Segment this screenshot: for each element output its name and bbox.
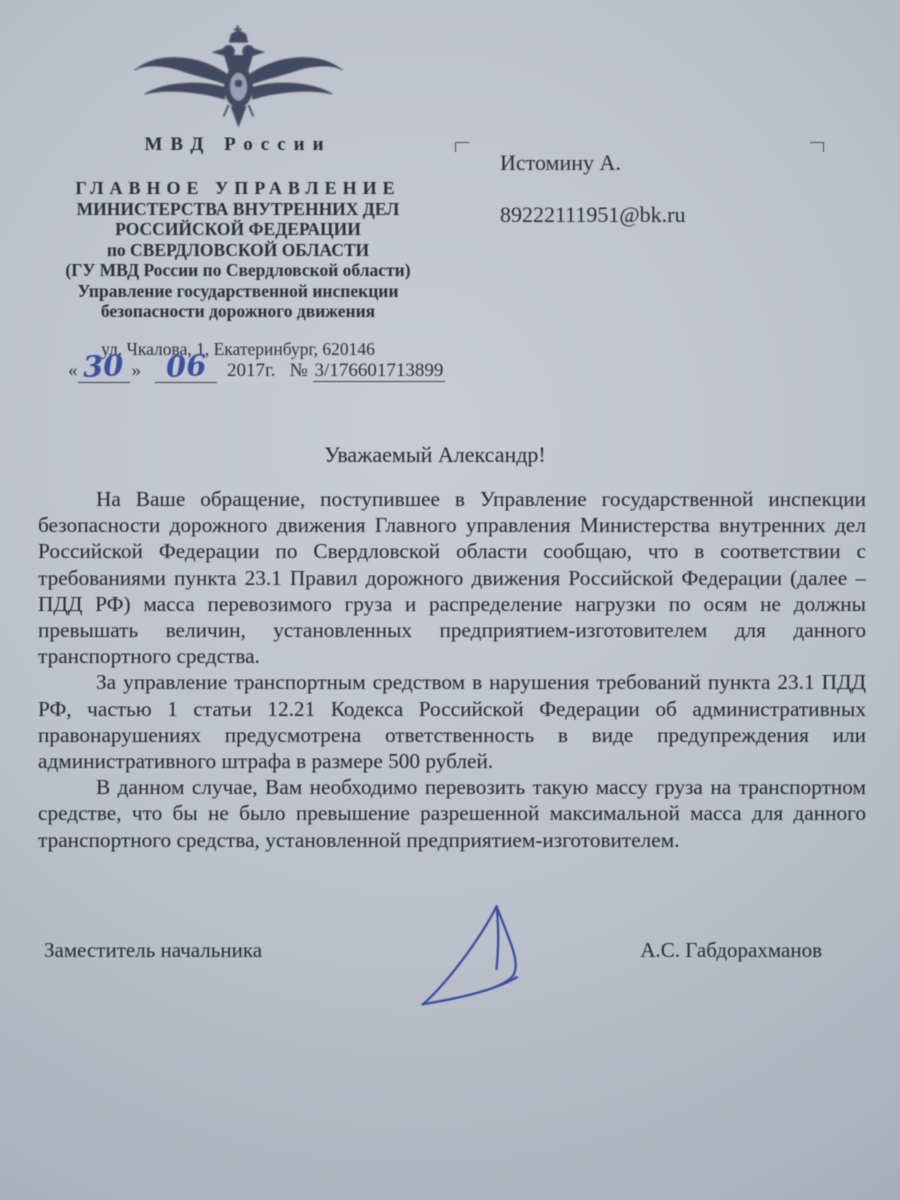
addressee-email: 89222111951@bk.ru: [500, 202, 685, 228]
letter-body: На Ваше обращение, поступившее в Управле…: [38, 486, 866, 853]
body-paragraph-2: За управление транспортным средством в н…: [38, 669, 866, 774]
letterhead-line: РОССИЙСКОЙ ФЕДЕРАЦИИ: [52, 219, 424, 240]
year-label: 2017г.: [227, 360, 275, 381]
quote-open: «: [68, 360, 78, 381]
addressee-corner-right-icon: [810, 142, 824, 152]
handwritten-signature-icon: [412, 898, 562, 1010]
outgoing-number: 3/176601713899: [313, 360, 446, 382]
scanned-letter-page: МВД России ГЛАВНОЕ УПРАВЛЕНИЕ МИНИСТЕРСТ…: [0, 0, 900, 1200]
handwritten-day: 30: [83, 355, 124, 377]
org-short-name: МВД России: [52, 134, 424, 156]
quote-close: »: [132, 360, 142, 381]
body-paragraph-3: В данном случае, Вам необходимо перевози…: [38, 774, 866, 853]
number-sign: №: [290, 360, 308, 381]
letterhead-line: Управление государственной инспекции: [52, 281, 424, 302]
addressee-name: Истомину А.: [500, 150, 685, 176]
letterhead-line: по СВЕРДЛОВСКОЙ ОБЛАСТИ: [52, 240, 424, 261]
letterhead: МВД России ГЛАВНОЕ УПРАВЛЕНИЕ МИНИСТЕРСТ…: [52, 24, 424, 360]
letterhead-line: безопасности дорожного движения: [52, 301, 424, 322]
letter-content: МВД России ГЛАВНОЕ УПРАВЛЕНИЕ МИНИСТЕРСТ…: [0, 0, 900, 1200]
body-paragraph-1: На Ваше обращение, поступившее в Управле…: [38, 486, 866, 669]
reference-line: «30»062017г. № 3/176601713899: [68, 356, 445, 383]
letterhead-line: МИНИСТЕРСТВА ВНУТРЕННИХ ДЕЛ: [52, 199, 424, 220]
letterhead-line: ГЛАВНОЕ УПРАВЛЕНИЕ: [52, 178, 424, 199]
handwritten-month: 06: [165, 355, 206, 377]
date-month-blank: 06: [155, 356, 217, 383]
signer-name: А.С. Габдорахманов: [640, 938, 822, 963]
addressee-block: Истомину А. 89222111951@bk.ru: [500, 150, 685, 228]
addressee-corner-left-icon: [455, 142, 469, 152]
mvd-eagle-emblem-icon: [131, 24, 346, 128]
letterhead-lines: ГЛАВНОЕ УПРАВЛЕНИЕ МИНИСТЕРСТВА ВНУТРЕНН…: [52, 178, 424, 322]
letterhead-line: (ГУ МВД России по Свердловской области): [52, 260, 424, 281]
signer-title: Заместитель начальника: [44, 938, 262, 963]
date-day-blank: 30: [78, 356, 130, 383]
salutation: Уважаемый Александр!: [0, 442, 870, 468]
